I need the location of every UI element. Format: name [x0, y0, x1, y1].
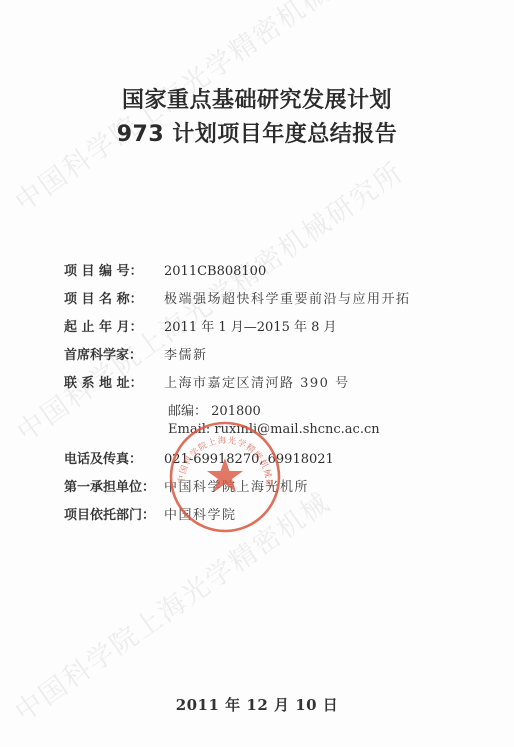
field-label: 项目依托部门： [64, 504, 164, 523]
email-label: Email: [168, 422, 210, 437]
field-project-name: 项 目 名 称： 极端强场超快科学重要前沿与应用开拓 [64, 288, 484, 316]
report-title: 国家重点基础研究发展计划 973 计划项目年度总结报告 [0, 84, 514, 152]
field-label: 第一承担单位： [64, 476, 164, 495]
postcode-label: 邮编： [168, 404, 207, 419]
field-lead-unit: 第一承担单位： 中国科学院上海光机所 [64, 476, 484, 504]
field-value: 极端强场超快科学重要前沿与应用开拓 [164, 288, 411, 307]
field-label: 项 目 编 号： [64, 260, 164, 279]
field-label: 联 系 地 址： [64, 372, 164, 391]
field-value: 李儒新 [164, 344, 208, 363]
field-value: 2011 年 1 月—2015 年 8 月 [164, 316, 337, 335]
project-info: 项 目 编 号： 2011CB808100 项 目 名 称： 极端强场超快科学重… [64, 260, 484, 532]
field-period: 起 止 年 月： 2011 年 1 月—2015 年 8 月 [64, 316, 484, 344]
field-chief-scientist: 首席科学家： 李儒新 [64, 344, 484, 372]
field-postcode: 邮编： 201800 [64, 400, 484, 422]
field-project-number: 项 目 编 号： 2011CB808100 [64, 260, 484, 288]
field-phone-fax: 电话及传真： 021-69918270, 69918021 [64, 448, 484, 476]
title-line-1: 国家重点基础研究发展计划 [0, 84, 514, 118]
document-page: 中国科学院上海光学精密机械… 中国科学院上海光学精密机械研究所 中国科学院上海光… [0, 0, 514, 747]
email-value: ruxinli@mail.shcnc.ac.cn [214, 422, 379, 437]
field-value: 021-69918270, 69918021 [164, 452, 334, 467]
field-value: 2011CB808100 [164, 264, 266, 279]
report-date: 2011 年 12 月 10 日 [0, 694, 514, 715]
field-label: 项 目 名 称： [64, 288, 164, 307]
field-label: 首席科学家： [64, 344, 164, 363]
field-address: 联 系 地 址： 上海市嘉定区清河路 390 号 [64, 372, 484, 400]
field-value: 中国科学院 [164, 504, 237, 523]
field-label: 起 止 年 月： [64, 316, 164, 335]
field-value: 中国科学院上海光机所 [164, 476, 309, 495]
field-value: 上海市嘉定区清河路 390 号 [164, 372, 350, 391]
field-label: 电话及传真： [64, 448, 164, 467]
field-email: Email: ruxinli@mail.shcnc.ac.cn [64, 422, 484, 444]
postcode-value: 201800 [211, 404, 261, 419]
field-supervising-dept: 项目依托部门： 中国科学院 [64, 504, 484, 532]
title-line-2: 973 计划项目年度总结报告 [0, 118, 514, 152]
